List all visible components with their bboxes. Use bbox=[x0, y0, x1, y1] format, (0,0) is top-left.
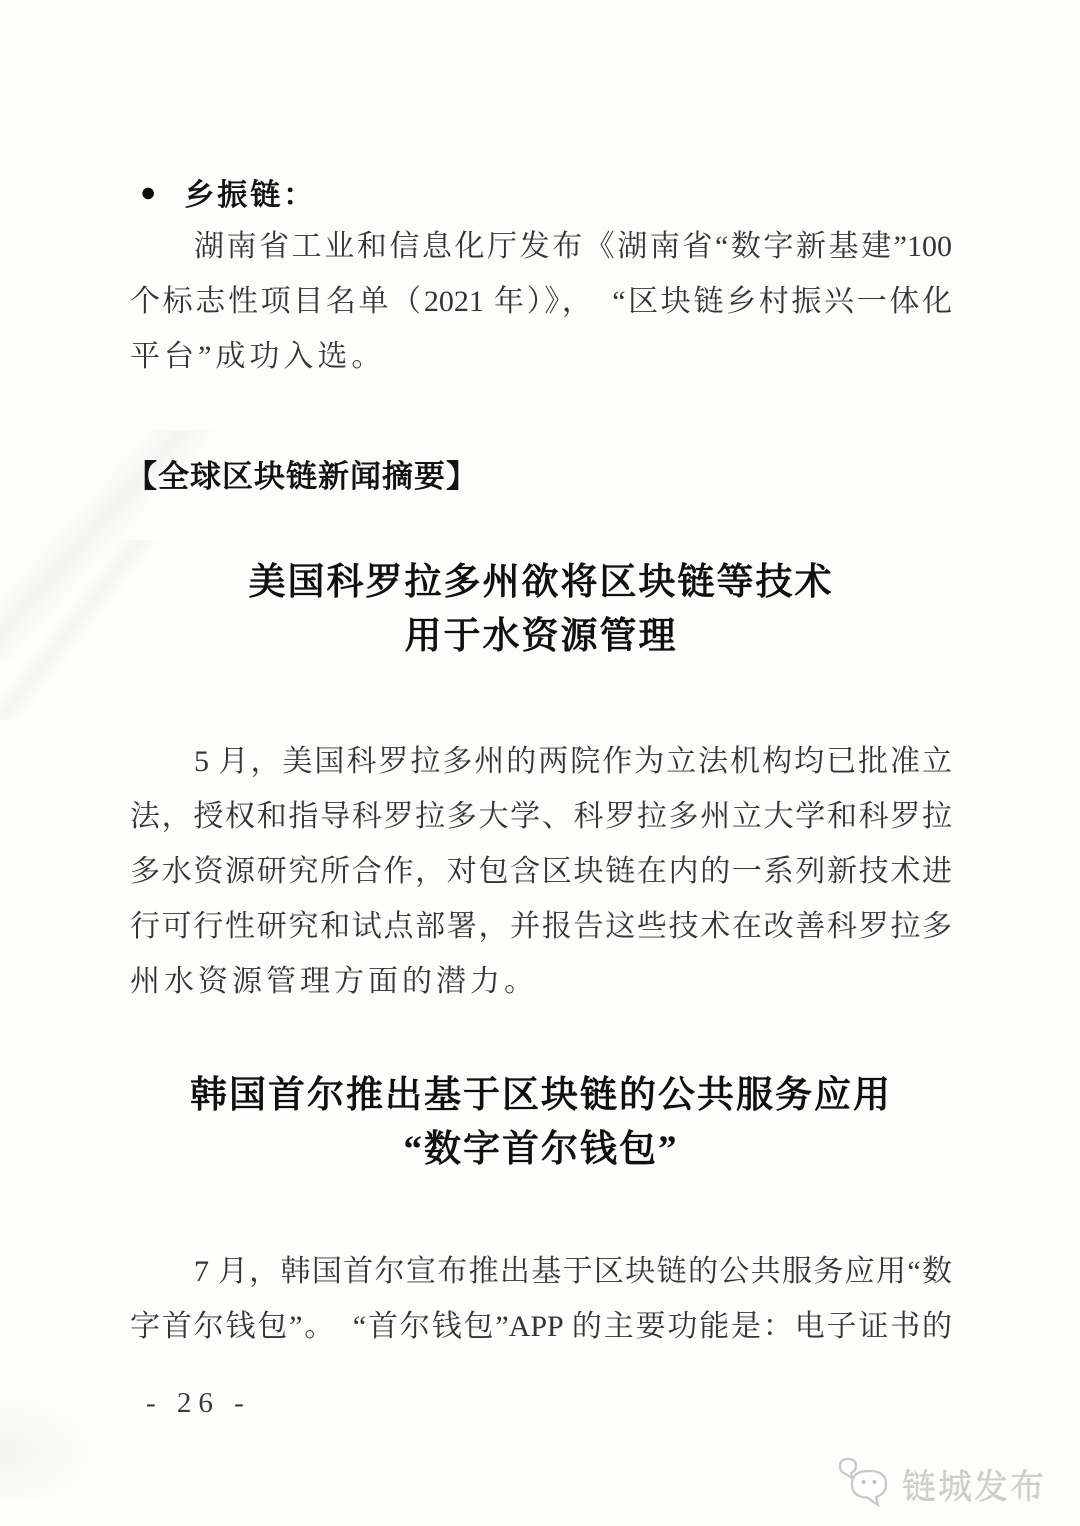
title-line: 美国科罗拉多州欲将区块链等技术 bbox=[130, 556, 952, 610]
text-line: 7 月，韩国首尔宣布推出基于区块链的公共服务应用“数 bbox=[130, 1244, 952, 1299]
text-line: 法，授权和指导科罗拉多大学、科罗拉多州立大学和科罗拉 bbox=[130, 789, 952, 844]
text-line: 个标志性项目名单（2021 年）》， “区块链乡村振兴一体化 bbox=[130, 274, 952, 329]
bullet-item: ● 乡振链： bbox=[140, 170, 316, 214]
wechat-icon bbox=[832, 1456, 894, 1512]
bullet-icon: ● bbox=[140, 179, 156, 206]
text-line: 湖南省工业和信息化厅发布《湖南省“数字新基建”100 bbox=[130, 219, 952, 274]
title-line: 韩国首尔推出基于区块链的公共服务应用 bbox=[130, 1069, 952, 1123]
text-line: 行可行性研究和试点部署，并报告这些技术在改善科罗拉多 bbox=[130, 899, 952, 954]
publisher-watermark: 链城发布 bbox=[832, 1456, 1046, 1512]
paragraph-hunan: 湖南省工业和信息化厅发布《湖南省“数字新基建”100 个标志性项目名单（2021… bbox=[130, 219, 952, 384]
title-line: “数字首尔钱包” bbox=[130, 1123, 952, 1177]
scan-artifact bbox=[0, 1380, 120, 1500]
bullet-item-label: 乡振链： bbox=[184, 170, 316, 214]
paragraph-colorado: 5 月，美国科罗拉多州的两院作为立法机构均已批准立 法，授权和指导科罗拉多大学、… bbox=[130, 734, 952, 1009]
article-title-seoul: 韩国首尔推出基于区块链的公共服务应用 “数字首尔钱包” bbox=[130, 1069, 952, 1177]
article-title-colorado: 美国科罗拉多州欲将区块链等技术 用于水资源管理 bbox=[130, 556, 952, 664]
text-line: 平台”成功入选。 bbox=[130, 329, 952, 384]
watermark-text: 链城发布 bbox=[902, 1460, 1046, 1509]
title-line: 用于水资源管理 bbox=[130, 610, 952, 664]
paragraph-seoul: 7 月，韩国首尔宣布推出基于区块链的公共服务应用“数 字首尔钱包”。 “首尔钱包… bbox=[130, 1244, 952, 1354]
text-line: 州水资源管理方面的潜力。 bbox=[130, 954, 952, 1009]
text-line: 多水资源研究所合作，对包含区块链在内的一系列新技术进 bbox=[130, 844, 952, 899]
page-number: - 26 - bbox=[146, 1387, 251, 1420]
text-line: 字首尔钱包”。 “首尔钱包”APP 的主要功能是：电子证书的 bbox=[130, 1299, 952, 1354]
section-header: 【全球区块链新闻摘要】 bbox=[126, 451, 478, 496]
document-page: ● 乡振链： 湖南省工业和信息化厅发布《湖南省“数字新基建”100 个标志性项目… bbox=[0, 0, 1080, 1526]
text-line: 5 月，美国科罗拉多州的两院作为立法机构均已批准立 bbox=[130, 734, 952, 789]
